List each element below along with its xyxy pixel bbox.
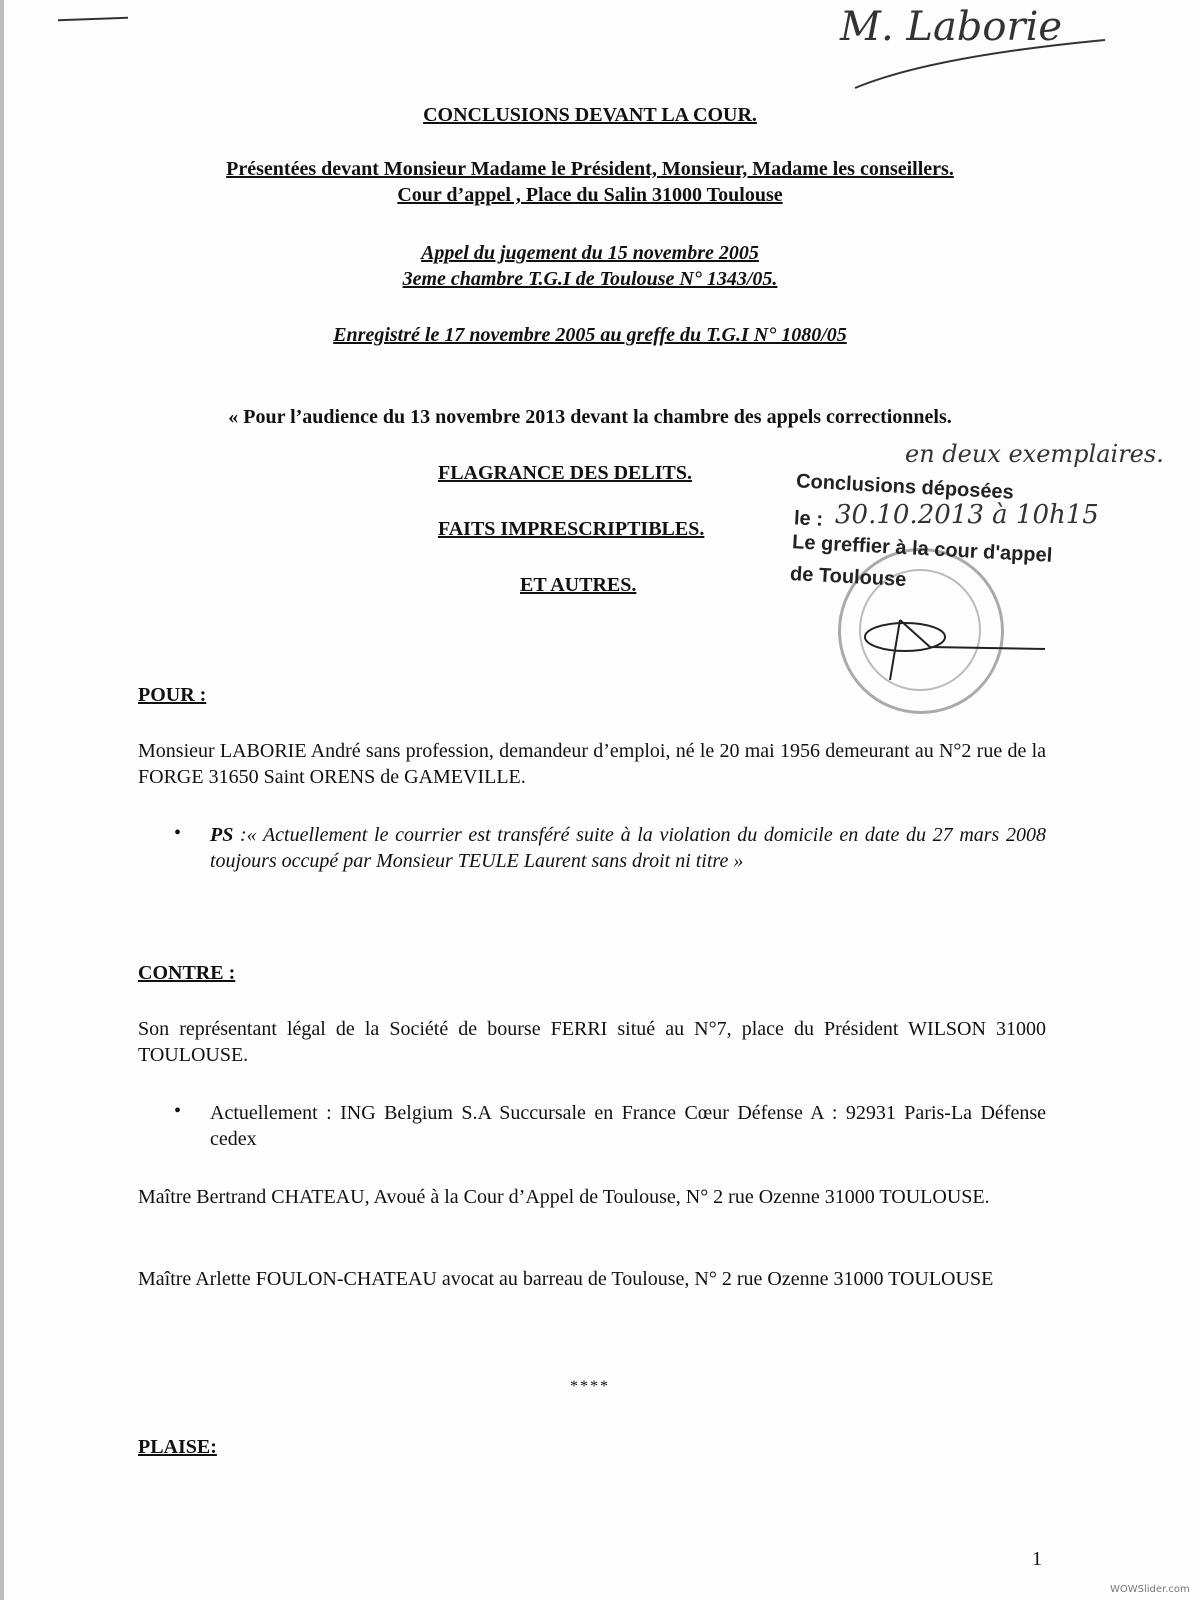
pour-text: Monsieur LABORIE André sans profession, … bbox=[138, 738, 1046, 790]
greffier-signature bbox=[860, 615, 1050, 690]
registered-line: Enregistré le 17 novembre 2005 au greffe… bbox=[0, 324, 1180, 347]
contre-label: CONTRE : bbox=[138, 962, 235, 985]
document-title: CONCLUSIONS DEVANT LA COUR. bbox=[0, 104, 1180, 127]
hearing-line: « Pour l’audience du 13 novembre 2013 de… bbox=[0, 406, 1180, 429]
stamp-line-4: de Toulouse bbox=[789, 563, 906, 592]
appeal-line-2: 3eme chambre T.G.I de Toulouse N° 1343/0… bbox=[0, 268, 1180, 291]
handwritten-copies-note: en deux exemplaires. bbox=[905, 440, 1164, 468]
pour-label: POUR : bbox=[138, 684, 206, 707]
heading-imprescriptibles: FAITS IMPRESCRIPTIBLES. bbox=[438, 518, 704, 541]
heading-autres: ET AUTRES. bbox=[520, 574, 636, 597]
pour-ps: PS :« Actuellement le courrier est trans… bbox=[210, 822, 1046, 874]
handwritten-date: 30.10.2013 à 10h15 bbox=[835, 500, 1099, 530]
scan-edge bbox=[0, 0, 4, 1600]
ps-text: :« Actuellement le courrier est transfér… bbox=[210, 824, 1046, 872]
ps-prefix: PS bbox=[210, 824, 233, 846]
bullet-icon: • bbox=[174, 1100, 181, 1123]
watermark: WOWSlider.com bbox=[1110, 1584, 1190, 1595]
avoue-text: Maître Bertrand CHATEAU, Avoué à la Cour… bbox=[138, 1184, 1046, 1210]
avocat-text: Maître Arlette FOULON-CHATEAU avocat au … bbox=[138, 1266, 1046, 1292]
plaise-label: PLAISE: bbox=[138, 1436, 217, 1459]
appeal-line-1: Appel du jugement du 15 novembre 2005 bbox=[0, 242, 1180, 265]
document-page: M. Laborie CONCLUSIONS DEVANT LA COUR. P… bbox=[0, 0, 1200, 1600]
handwritten-underline bbox=[850, 20, 1110, 95]
contre-text: Son représentant légal de la Société de … bbox=[138, 1016, 1046, 1068]
separator: **** bbox=[0, 1378, 1180, 1396]
presented-line-2: Cour d’appel , Place du Salin 31000 Toul… bbox=[0, 184, 1180, 207]
page-number: 1 bbox=[1032, 1548, 1042, 1571]
bullet-icon: • bbox=[174, 822, 181, 845]
heading-flagrance: FLAGRANCE DES DELITS. bbox=[438, 462, 692, 485]
stamp-line-2: le : bbox=[793, 507, 823, 531]
contre-current-address: Actuellement : ING Belgium S.A Succursal… bbox=[210, 1100, 1046, 1152]
presented-line-1: Présentées devant Monsieur Madame le Pré… bbox=[0, 158, 1180, 181]
margin-mark bbox=[58, 17, 128, 21]
